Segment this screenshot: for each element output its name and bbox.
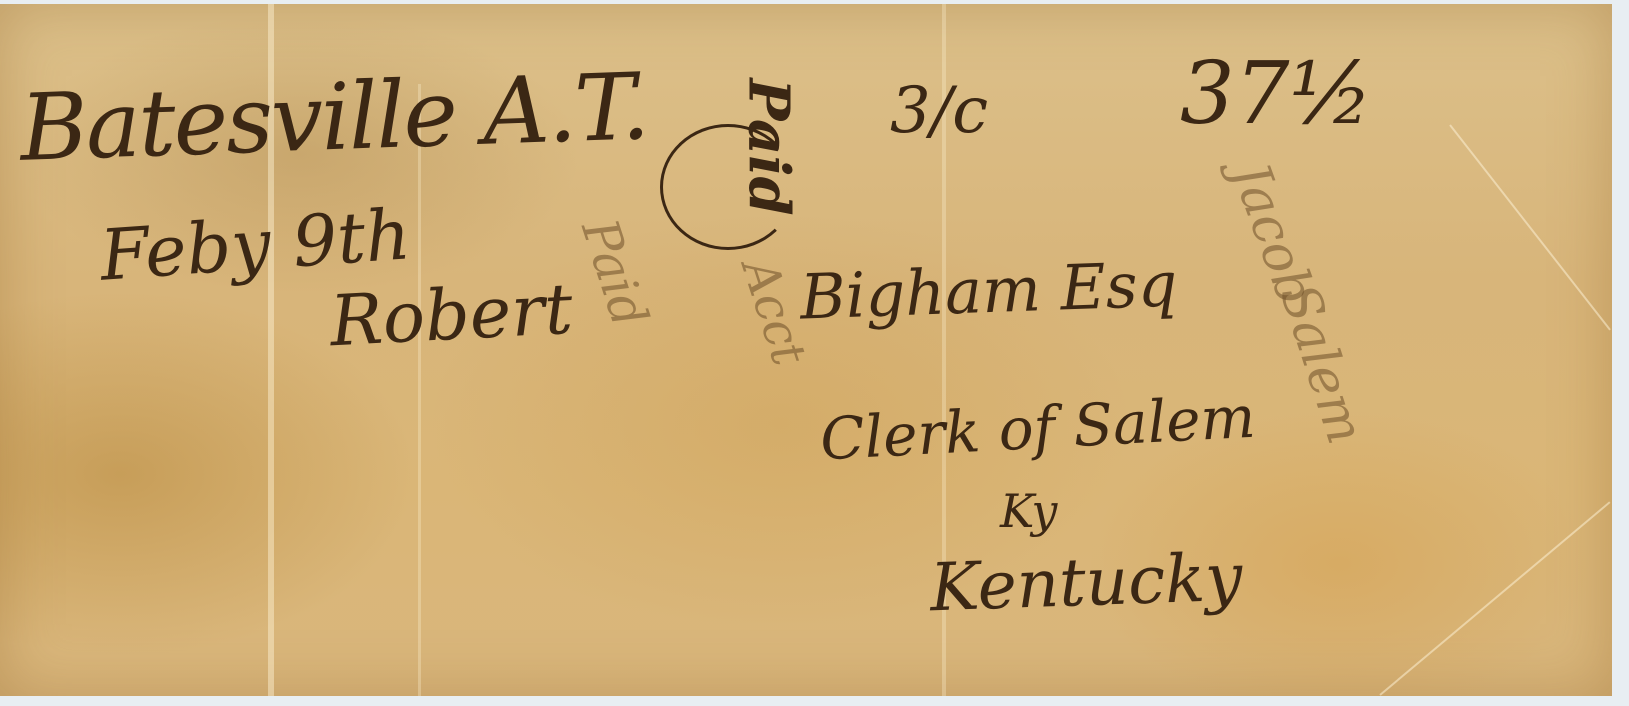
- addressee-surname: Bigham Esq: [799, 247, 1179, 333]
- diagonal-crease: [1379, 501, 1610, 695]
- addressee-title: Clerk of Salem: [819, 383, 1258, 474]
- diagonal-crease: [1449, 124, 1611, 330]
- bleed-through-text: Paid: [570, 212, 659, 334]
- rate-marking: 3/c: [890, 74, 988, 148]
- addressee-first-name: Robert: [328, 268, 575, 363]
- fold-crease: [418, 84, 421, 696]
- addressee-state: Kentucky: [929, 539, 1244, 627]
- paid-marking: Paid: [736, 78, 802, 215]
- state-abbreviation: Ky: [1000, 484, 1057, 538]
- postmark-town: Batesville A.T.: [18, 53, 649, 182]
- bleed-through-text: Salem: [1268, 277, 1376, 451]
- postage-due: 37½: [1180, 44, 1373, 144]
- envelope-cover: Paid Acct Jacob Salem Batesville A.T. Fe…: [0, 4, 1612, 696]
